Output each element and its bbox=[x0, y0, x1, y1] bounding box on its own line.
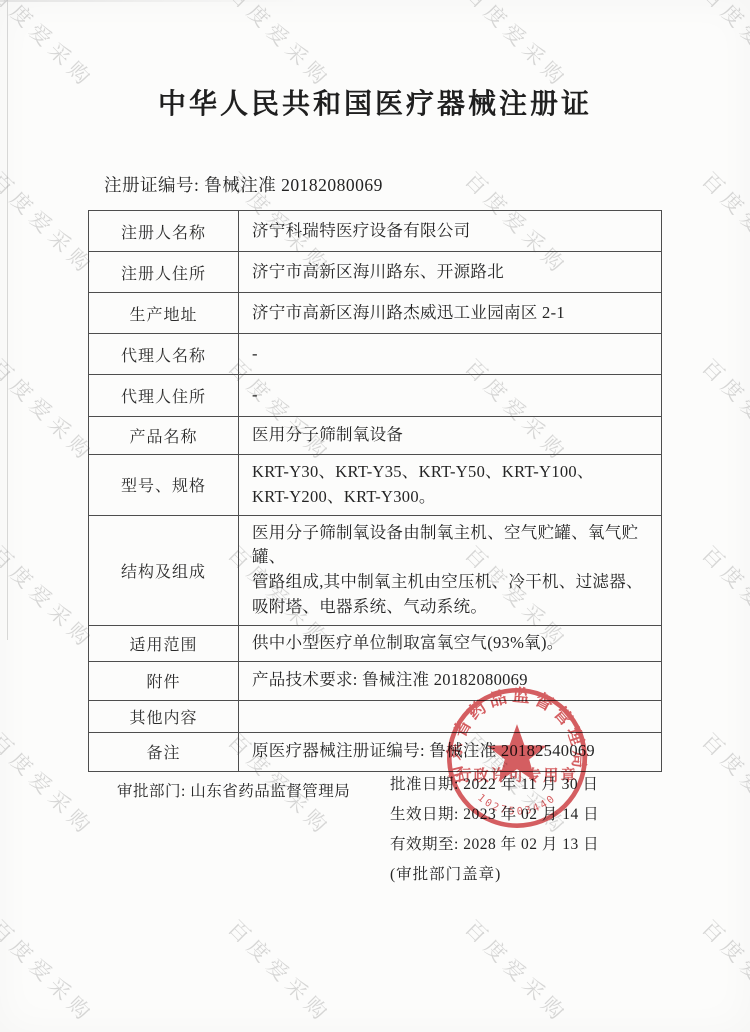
row-value: - bbox=[239, 375, 662, 417]
registration-number-line: 注册证编号: 鲁械注准 20182080069 bbox=[104, 172, 750, 197]
row-value: 医用分子筛制氧设备由制氧主机、空气贮罐、氧气贮罐、 管路组成,其中制氧主机由空压… bbox=[239, 515, 662, 625]
row-label: 产品名称 bbox=[89, 417, 239, 455]
row-label: 型号、规格 bbox=[89, 455, 239, 516]
approval-dept-value: 山东省药品监督管理局 bbox=[190, 783, 350, 800]
certificate-page: 百度爱采购百度爱采购百度爱采购百度爱采购百度爱采购百度爱采购百度爱采购百度爱采购… bbox=[0, 0, 750, 1032]
row-label: 其他内容 bbox=[89, 700, 239, 732]
watermark-text: 百度爱采购 bbox=[222, 913, 339, 1030]
watermark-text: 百度爱采购 bbox=[459, 913, 576, 1030]
row-label: 适用范围 bbox=[89, 625, 239, 661]
row-label: 注册人住所 bbox=[89, 252, 239, 293]
table-row: 结构及组成 医用分子筛制氧设备由制氧主机、空气贮罐、氧气贮罐、 管路组成,其中制… bbox=[89, 515, 662, 625]
watermark-text: 百度爱采购 bbox=[0, 913, 101, 1030]
registration-number-value: 鲁械注准 20182080069 bbox=[204, 175, 383, 195]
row-label: 备注 bbox=[89, 732, 239, 771]
row-value: 济宁科瑞特医疗设备有限公司 bbox=[239, 211, 662, 252]
row-label: 生产地址 bbox=[89, 293, 239, 334]
page-title: 中华人民共和国医疗器械注册证 bbox=[0, 0, 750, 122]
row-label: 代理人名称 bbox=[89, 334, 239, 375]
row-value: 济宁市高新区海川路杰威迅工业园南区 2-1 bbox=[239, 293, 662, 334]
row-label: 附件 bbox=[89, 661, 239, 700]
approval-dept-label: 审批部门: bbox=[117, 783, 186, 800]
table-row: 型号、规格 KRT-Y30、KRT-Y35、KRT-Y50、KRT-Y100、 … bbox=[89, 455, 662, 516]
row-value: KRT-Y30、KRT-Y35、KRT-Y50、KRT-Y100、 KRT-Y2… bbox=[239, 455, 662, 516]
table-row: 注册人住所 济宁市高新区海川路东、开源路北 bbox=[89, 252, 662, 293]
table-row: 代理人住所 - bbox=[89, 375, 662, 417]
table-row: 生产地址 济宁市高新区海川路杰威迅工业园南区 2-1 bbox=[89, 293, 662, 334]
stamp-number-text: 1027503440 bbox=[475, 792, 559, 818]
stamp-type-text: 行政许可专用章 bbox=[456, 766, 578, 785]
approval-dept-line: 审批部门: 山东省药品监督管理局 bbox=[117, 779, 350, 801]
footer: 审批部门: 山东省药品监督管理局 批准日期: 2022 年 11 月 30 日 … bbox=[0, 772, 750, 912]
row-label: 代理人住所 bbox=[89, 375, 239, 417]
row-value: 医用分子筛制氧设备 bbox=[239, 417, 662, 455]
registration-number-label: 注册证编号: bbox=[104, 175, 199, 195]
row-value: - bbox=[239, 334, 662, 375]
row-value: 供中小型医疗单位制取富氧空气(93%氧)。 bbox=[239, 625, 662, 661]
watermark-text: 百度爱采购 bbox=[696, 913, 750, 1030]
official-seal-stamp: 山东省药品监督管理局 行政许可专用章 1027503440 bbox=[435, 676, 599, 840]
row-label: 结构及组成 bbox=[89, 515, 239, 625]
row-label: 注册人名称 bbox=[89, 211, 239, 252]
table-row: 注册人名称 济宁科瑞特医疗设备有限公司 bbox=[89, 211, 662, 252]
seal-note: (审批部门盖章) bbox=[390, 860, 599, 890]
table-row: 适用范围 供中小型医疗单位制取富氧空气(93%氧)。 bbox=[89, 625, 662, 661]
row-value: 济宁市高新区海川路东、开源路北 bbox=[239, 252, 662, 293]
table-row: 产品名称 医用分子筛制氧设备 bbox=[89, 417, 662, 455]
table-row: 代理人名称 - bbox=[89, 334, 662, 375]
